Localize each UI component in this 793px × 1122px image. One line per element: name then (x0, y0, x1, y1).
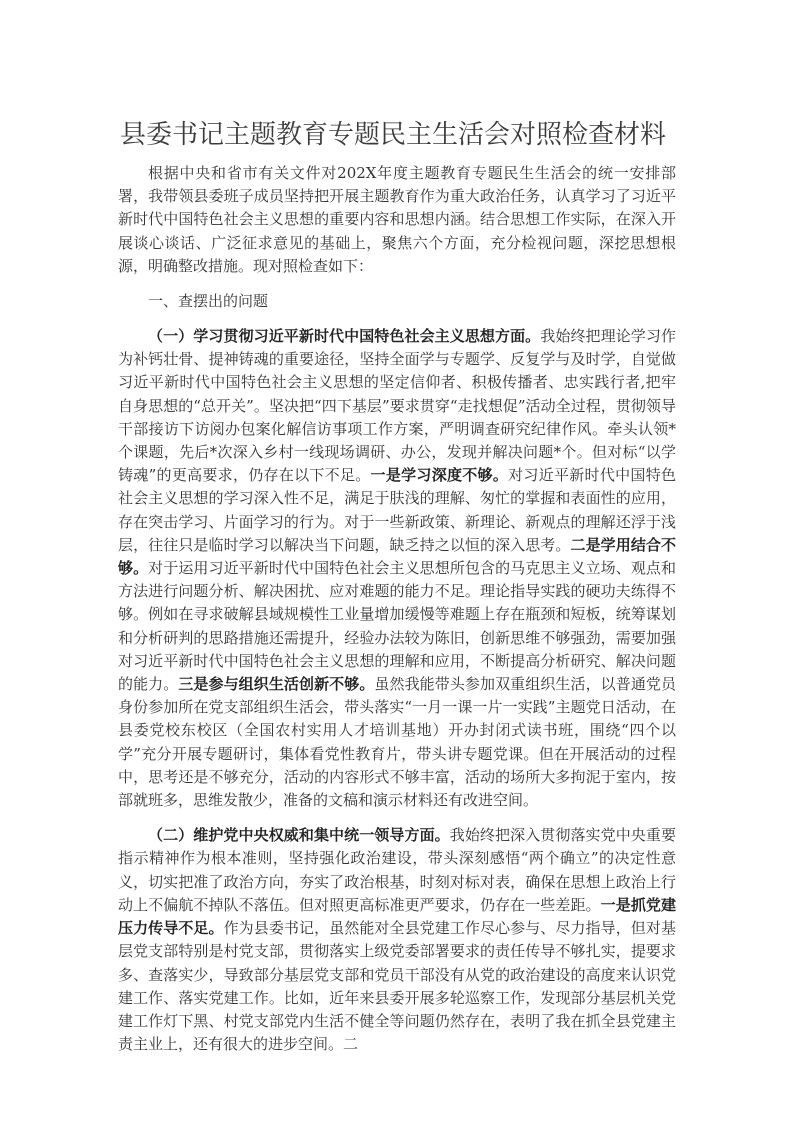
document-page: 县委书记主题教育专题民主生活会对照检查材料 根据中央和省市有关文件对202X年度… (118, 118, 676, 1068)
part2-text-b: 作为县委书记，虽然能对全县党建工作尽心参与、尽力指导，但对基层党支部特别是村党支… (118, 919, 676, 1053)
section-heading-1: 一、查摆出的问题 (118, 290, 676, 313)
part1-text-d: 虽然我能带头参加双重组织生活，以普通党员身份参加所在党支部组织生活会，带头落实“… (118, 675, 676, 809)
part2-lead: （二）维护党中央权威和集中统一领导方面。 (148, 826, 450, 844)
intro-paragraph: 根据中央和省市有关文件对202X年度主题教育专题民生生活会的统一安排部署，我带领… (118, 162, 676, 278)
part2-paragraph: （二）维护党中央权威和集中统一领导方面。我始终把深入贯彻落实党中央重要指示精神作… (118, 824, 676, 1056)
part1-text-c: 对于运用习近平新时代中国特色社会主义思想所包含的马克思主义立场、观点和方法进行问… (118, 559, 676, 693)
part1-point1: 一是学习深度不够。 (371, 466, 509, 484)
part1-point3: 三是参与组织生活创新不够。 (178, 675, 374, 693)
part1-paragraph: （一）学习贯彻习近平新时代中国特色社会主义思想方面。我始终把理论学习作为补钙壮骨… (118, 325, 676, 812)
document-title: 县委书记主题教育专题民主生活会对照检查材料 (118, 118, 676, 152)
part1-lead: （一）学习贯彻习近平新时代中国特色社会主义思想方面。 (148, 327, 540, 345)
part1-text-a: 我始终把理论学习作为补钙壮骨、提神铸魂的重要途径，坚持全面学与专题学、反复学与及… (118, 327, 676, 484)
